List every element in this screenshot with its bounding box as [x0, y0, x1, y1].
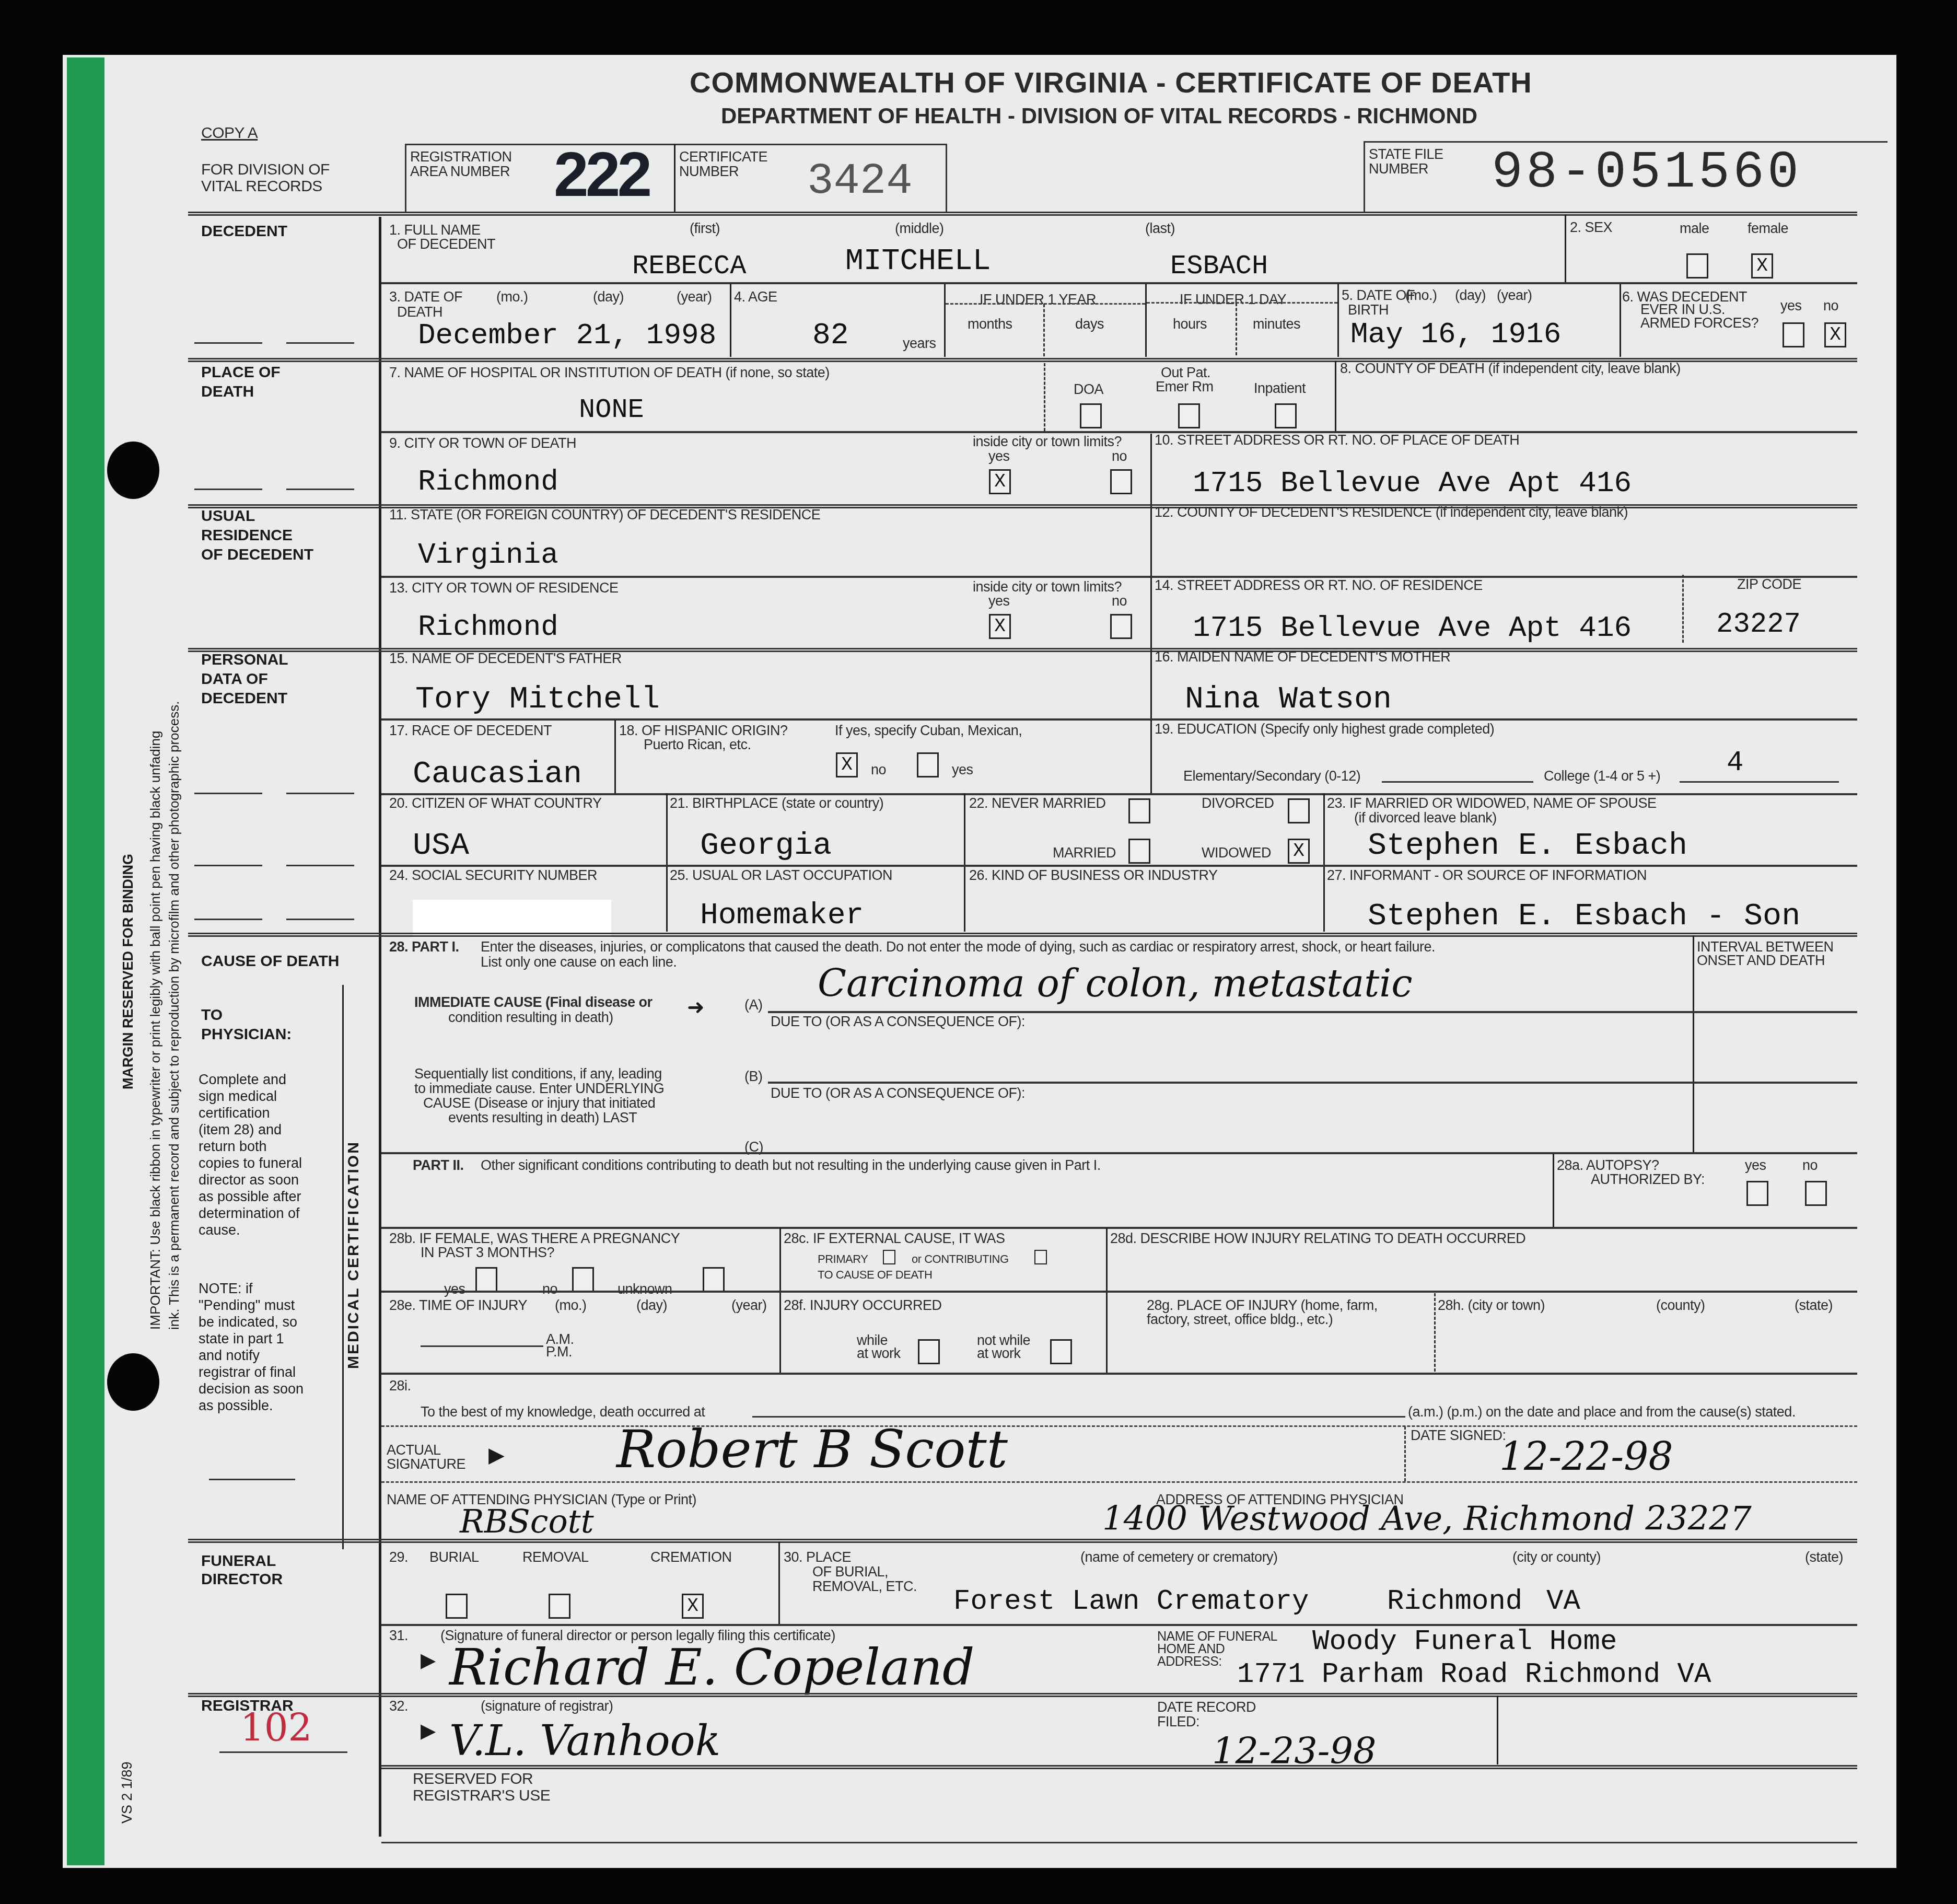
field-30-label2: OF BURIAL,	[812, 1564, 888, 1580]
first-name-label: (first)	[690, 220, 720, 236]
reserved-label2: REGISTRAR'S USE	[413, 1788, 550, 1804]
part1-instructions: Enter the diseases, injuries, or complic…	[481, 939, 1682, 955]
pregnancy-yes-checkbox[interactable]	[475, 1267, 497, 1292]
middle-name-value[interactable]: MITCHELL	[845, 245, 991, 278]
res-inside-no-label: no	[1112, 593, 1127, 609]
copy-for-line1: FOR DIVISION OF	[201, 162, 330, 178]
reserved-label1: RESERVED FOR	[413, 1771, 533, 1787]
field-15-label: 15. NAME OF DECEDENT'S FATHER	[389, 651, 622, 666]
section-usual-residence-3: OF DECEDENT	[201, 545, 313, 564]
field-9-label: 9. CITY OR TOWN OF DEATH	[389, 435, 576, 451]
section-personal-2: DATA OF	[201, 670, 268, 689]
education-college-label: College (1-4 or 5 +)	[1544, 768, 1660, 784]
rule	[188, 212, 1857, 216]
cemetery-city-value[interactable]: Richmond	[1387, 1586, 1522, 1618]
ssn-redaction	[413, 900, 611, 937]
autopsy-yes-checkbox[interactable]	[1746, 1181, 1768, 1206]
armed-no-checkbox[interactable]: X	[1824, 322, 1846, 347]
actual-signature-label1: ACTUAL	[387, 1442, 441, 1458]
rule	[194, 865, 262, 866]
margin-important-line1: IMPORTANT: Use black ribbon in typewrite…	[147, 731, 164, 1330]
middle-name-label: (middle)	[895, 220, 944, 236]
zip-value[interactable]: 23227	[1716, 609, 1801, 641]
registrar-number: 102	[240, 1706, 312, 1750]
divider	[614, 720, 616, 793]
rule	[194, 489, 262, 490]
section-personal-1: PERSONAL	[201, 651, 288, 669]
certificate-number-label2: NUMBER	[679, 164, 739, 179]
signature-pointer-icon: ▶	[421, 1719, 436, 1743]
hispanic-specify-label: If yes, specify Cuban, Mexican,	[835, 723, 1022, 738]
death-year-label: (year)	[677, 289, 712, 305]
cemetery-state-value[interactable]: VA	[1546, 1586, 1580, 1618]
field-20-label: 20. CITIZEN OF WHAT COUNTRY	[389, 795, 602, 811]
divider	[1693, 935, 1694, 1152]
injury-county-label: (county)	[1656, 1297, 1705, 1313]
rule	[946, 303, 1145, 305]
divider	[1434, 1293, 1436, 1372]
divorced-label: DIVORCED	[1202, 795, 1274, 811]
injury-mo-label: (mo.)	[555, 1297, 587, 1313]
residence-address-value[interactable]: 1715 Bellevue Ave Apt 416	[1193, 611, 1632, 645]
injury-state-label: (state)	[1795, 1297, 1833, 1313]
months-label: months	[968, 316, 1012, 332]
divider	[730, 284, 731, 357]
not-while-work-label2: at work	[977, 1345, 1021, 1361]
rule	[381, 1842, 1857, 1843]
field-32-label: 32.	[389, 1698, 408, 1714]
married-checkbox[interactable]	[1128, 839, 1150, 864]
occupation-value[interactable]: Homemaker	[700, 899, 864, 933]
funeral-home-address[interactable]: 1771 Parham Road Richmond VA	[1237, 1659, 1711, 1691]
field-16-label: 16. MAIDEN NAME OF DECEDENT'S MOTHER	[1155, 649, 1450, 665]
cremation-label: CREMATION	[650, 1549, 732, 1565]
city-of-death-value[interactable]: Richmond	[418, 465, 558, 498]
divider	[1043, 304, 1045, 356]
field-12-label: 12. COUNTY OF DECEDENT'S RESIDENCE (if i…	[1155, 504, 1628, 520]
divider	[1553, 1154, 1554, 1227]
never-married-label: 22. NEVER MARRIED	[969, 795, 1106, 811]
sequential-label3: CAUSE (Disease or injury that initiated	[423, 1095, 655, 1111]
external-primary-label: PRIMARY	[818, 1251, 868, 1267]
under-year-label: IF UNDER 1 YEAR	[980, 292, 1096, 307]
death-inside-limits-label: inside city or town limits?	[973, 434, 1122, 449]
age-unit: years	[903, 335, 936, 351]
part1-label: 28. PART I.	[389, 939, 459, 955]
field-1-label2: OF DECEDENT	[397, 236, 495, 252]
field-30-label3: REMOVAL, ETC.	[812, 1578, 917, 1594]
rule	[381, 1291, 1857, 1293]
divider	[1404, 1426, 1406, 1481]
spouse-name-value[interactable]: Stephen E. Esbach	[1368, 828, 1687, 864]
field-14-label: 14. STREET ADDRESS OR RT. NO. OF RESIDEN…	[1155, 577, 1483, 593]
divider	[1337, 284, 1339, 357]
birth-day-label: (day)	[1455, 287, 1486, 303]
widowed-label: WIDOWED	[1202, 845, 1271, 861]
not-while-at-work-checkbox[interactable]	[1050, 1339, 1072, 1364]
field-23-label1: 23. IF MARRIED OR WIDOWED, NAME OF SPOUS…	[1327, 795, 1657, 811]
divider	[778, 1541, 780, 1625]
last-name-value[interactable]: ESBACH	[1170, 251, 1268, 282]
rule	[381, 718, 1857, 721]
rule	[381, 1152, 1857, 1154]
divider	[342, 985, 344, 1549]
hispanic-no-checkbox[interactable]: X	[836, 752, 858, 777]
hours-label: hours	[1173, 316, 1207, 332]
field-10-label: 10. STREET ADDRESS OR RT. NO. OF PLACE O…	[1155, 432, 1519, 448]
field-28g-label1: 28g. PLACE OF INJURY (home, farm,	[1147, 1297, 1378, 1313]
armed-yes-label: yes	[1780, 298, 1802, 314]
removal-label: REMOVAL	[522, 1549, 589, 1565]
copy-for-line2: VITAL RECORDS	[201, 179, 322, 194]
field-21-label: 21. BIRTHPLACE (state or country)	[670, 795, 883, 811]
widowed-checkbox[interactable]: X	[1288, 839, 1310, 864]
pregnancy-unknown-checkbox[interactable]	[703, 1267, 725, 1292]
field-28g-label2: factory, street, office bldg., etc.)	[1147, 1311, 1333, 1327]
birthplace-value[interactable]: Georgia	[700, 828, 832, 864]
field-23-label2: (if divorced leave blank)	[1354, 810, 1497, 826]
res-inside-yes-label: yes	[988, 593, 1010, 609]
rule	[381, 1481, 1857, 1483]
margin-important-line2: ink. This is a permanent record and subj…	[166, 701, 182, 1330]
rule	[381, 1373, 1857, 1375]
section-decedent: DECEDENT	[201, 222, 287, 241]
zip-label: ZIP CODE	[1737, 576, 1801, 592]
divider	[964, 793, 965, 932]
field-28d-label: 28d. DESCRIBE HOW INJURY RELATING TO DEA…	[1110, 1230, 1525, 1246]
divider	[1620, 284, 1621, 357]
divider	[944, 284, 946, 357]
residence-city-value[interactable]: Richmond	[418, 610, 558, 644]
married-label: MARRIED	[1053, 845, 1116, 861]
inpatient-label: Inpatient	[1254, 380, 1306, 396]
sex-female-checkbox[interactable]: X	[1751, 253, 1773, 278]
injury-year-label: (year)	[731, 1297, 767, 1313]
funeral-director-signature[interactable]: Richard E. Copeland	[449, 1638, 975, 1697]
rule	[194, 793, 262, 794]
document-title: COMMONWEALTH OF VIRGINIA - CERTIFICATE O…	[690, 65, 1532, 99]
margin-binding-note: MARGIN RESERVED FOR BINDING	[120, 854, 136, 1089]
rule	[381, 1624, 1857, 1626]
armed-yes-checkbox[interactable]	[1783, 322, 1804, 347]
green-binding-stripe	[67, 57, 104, 1865]
while-work-label2: at work	[857, 1345, 901, 1361]
hispanic-yes-checkbox[interactable]	[917, 752, 939, 777]
hospital-value[interactable]: NONE	[579, 394, 644, 425]
armed-no-label: no	[1823, 298, 1838, 314]
rule	[381, 576, 1857, 578]
section-usual-residence-1: USUAL	[201, 507, 255, 526]
inpatient-checkbox[interactable]	[1275, 403, 1297, 428]
punch-hole-top	[107, 442, 159, 499]
divider	[1150, 577, 1152, 651]
pregnancy-no-label: no	[542, 1281, 557, 1297]
medical-certification-label: MEDICAL CERTIFICATION	[345, 1141, 363, 1369]
age-value[interactable]: 82	[812, 319, 849, 353]
rule	[286, 342, 354, 344]
doa-checkbox[interactable]	[1080, 403, 1102, 428]
outpat-checkbox[interactable]	[1178, 403, 1200, 428]
days-label: days	[1075, 316, 1104, 332]
mother-name-value[interactable]: Nina Watson	[1185, 682, 1392, 717]
citizen-value[interactable]: USA	[413, 828, 469, 864]
section-to-physician-2: PHYSICIAN:	[201, 1025, 292, 1044]
physician-address-value[interactable]: 1400 Westwood Ave, Richmond 23227	[1102, 1500, 1752, 1538]
rule	[1382, 781, 1533, 783]
field-28h-label: 28h. (city or town)	[1438, 1297, 1545, 1313]
residence-state-value[interactable]: Virginia	[418, 538, 558, 572]
divorced-checkbox[interactable]	[1288, 798, 1310, 823]
divider	[1150, 434, 1152, 507]
external-contributing-label: or CONTRIBUTING	[912, 1251, 1009, 1267]
registrar-signature-label: (signature of registrar)	[481, 1698, 613, 1714]
death-mo-label: (mo.)	[496, 289, 528, 305]
registrar-signature[interactable]: V.L. Vanhook	[449, 1716, 720, 1765]
rule	[188, 1693, 1857, 1697]
date-filed-label1: DATE RECORD	[1157, 1699, 1256, 1715]
divider	[666, 793, 668, 932]
immediate-cause-label2: condition resulting in death)	[448, 1009, 613, 1025]
due-to-a-label: DUE TO (OR AS A CONSEQUENCE OF):	[771, 1014, 1025, 1029]
date-filed-label2: FILED:	[1157, 1714, 1199, 1729]
date-signed-value[interactable]: 12-22-98	[1499, 1434, 1673, 1479]
section-cause-of-death: CAUSE OF DEATH	[201, 952, 339, 971]
res-inside-yes-checkbox[interactable]: X	[989, 614, 1011, 639]
field-5-label2: BIRTH	[1348, 302, 1389, 318]
rule	[768, 1011, 1857, 1013]
divider	[674, 144, 675, 212]
rule	[768, 1082, 1857, 1084]
rule	[752, 1416, 1405, 1418]
informant-value[interactable]: Stephen E. Esbach - Son	[1368, 899, 1800, 934]
field-3-label1: 3. DATE OF	[389, 289, 462, 305]
rule	[1147, 302, 1337, 304]
cemetery-state-label: (state)	[1805, 1549, 1843, 1565]
rule	[209, 1479, 295, 1480]
field-29-label: 29.	[389, 1549, 408, 1565]
registration-area-label2: AREA NUMBER	[410, 164, 510, 179]
pregnancy-yes-label: yes	[444, 1281, 465, 1297]
divider	[1145, 284, 1147, 357]
signature-pointer-icon: ▶	[421, 1648, 436, 1672]
rule	[286, 489, 354, 490]
res-inside-no-checkbox[interactable]	[1110, 614, 1132, 639]
burial-checkbox[interactable]	[446, 1594, 468, 1619]
funeral-home-label3: ADDRESS:	[1157, 1654, 1222, 1669]
sequential-label1: Sequentially list conditions, if any, le…	[414, 1066, 662, 1082]
certificate-number: 3424	[807, 157, 913, 206]
due-to-b-label: DUE TO (OR AS A CONSEQUENCE OF):	[771, 1085, 1025, 1101]
death-address-value[interactable]: 1715 Bellevue Ave Apt 416	[1193, 467, 1632, 500]
under-day-label: IF UNDER 1 DAY	[1180, 292, 1286, 307]
state-file-label1: STATE FILE	[1369, 146, 1443, 162]
part2-label: PART II.	[413, 1157, 464, 1173]
cause-a-label: (A)	[744, 997, 763, 1013]
burial-label: BURIAL	[429, 1549, 479, 1565]
never-married-checkbox[interactable]	[1128, 798, 1150, 823]
immediate-cause-label1: IMMEDIATE CAUSE (Final disease or	[414, 994, 653, 1010]
actual-signature-label2: SIGNATURE	[387, 1456, 465, 1472]
divider	[1335, 361, 1336, 431]
registration-area-number: 222	[554, 138, 649, 211]
divider	[1150, 651, 1152, 718]
pregnancy-no-checkbox[interactable]	[572, 1267, 594, 1292]
part1-instructions-2: List only one cause on each line.	[481, 954, 677, 970]
last-name-label: (last)	[1145, 220, 1175, 236]
father-name-value[interactable]: Tory Mitchell	[415, 682, 660, 717]
divider	[1565, 214, 1566, 282]
cause-b-label: (B)	[744, 1069, 763, 1084]
field-28c-label: 28c. IF EXTERNAL CAUSE, IT WAS	[784, 1230, 1005, 1246]
rule	[421, 1345, 543, 1347]
signature-pointer-icon: ▶	[488, 1443, 505, 1467]
rule	[381, 1765, 1857, 1769]
section-personal-3: DECEDENT	[201, 689, 287, 708]
rule	[188, 933, 1857, 937]
date-of-birth-value[interactable]: May 16, 1916	[1350, 318, 1561, 351]
sex-male-checkbox[interactable]	[1686, 253, 1708, 278]
cemetery-name-label: (name of cemetery or crematory)	[1080, 1549, 1278, 1565]
autopsy-no-label: no	[1802, 1157, 1818, 1173]
field-7-label: 7. NAME OF HOSPITAL OR INSTITUTION OF DE…	[389, 365, 830, 380]
race-value[interactable]: Caucasian	[413, 757, 582, 792]
field-18-label1: 18. OF HISPANIC ORIGIN?	[619, 723, 788, 738]
sequential-label2: to immediate cause. Enter UNDERLYING	[414, 1081, 664, 1096]
rule	[381, 282, 1857, 284]
while-at-work-checkbox[interactable]	[918, 1339, 940, 1364]
res-inside-limits-label: inside city or town limits?	[973, 579, 1122, 595]
field-27-label: 27. INFORMANT - OR SOURCE OF INFORMATION	[1327, 867, 1647, 883]
external-contributing-checkbox[interactable]	[1034, 1250, 1047, 1264]
external-to-cause-label: TO CAUSE OF DEATH	[818, 1267, 932, 1283]
birth-year-label: (year)	[1497, 287, 1532, 303]
rule	[188, 1539, 1857, 1543]
cemetery-name-value[interactable]: Forest Lawn Crematory	[953, 1586, 1309, 1618]
physician-signature[interactable]: Robert B Scott	[616, 1419, 1008, 1480]
rule	[194, 342, 262, 344]
divider	[1150, 508, 1152, 576]
divider	[1044, 363, 1045, 431]
education-elem-label: Elementary/Secondary (0-12)	[1183, 768, 1360, 784]
rule	[381, 1227, 1857, 1229]
autopsy-label1: 28a. AUTOPSY?	[1557, 1157, 1659, 1173]
external-primary-checkbox[interactable]	[883, 1250, 895, 1264]
field-11-label: 11. STATE (OR FOREIGN COUNTRY) OF DECEDE…	[389, 507, 820, 523]
field-8-label: 8. COUNTY OF DEATH (if independent city,…	[1340, 361, 1681, 376]
section-usual-residence-2: RESIDENCE	[201, 526, 293, 545]
registration-area-label1: REGISTRATION	[410, 149, 512, 165]
cremation-checkbox[interactable]: X	[682, 1594, 704, 1619]
field-6-label3: ARMED FORCES?	[1640, 315, 1758, 331]
field-28b-label2: IN PAST 3 MONTHS?	[421, 1245, 554, 1260]
rule	[194, 919, 262, 920]
arrow-right-icon: ➜	[687, 995, 705, 1019]
stated-statement: (a.m.) (p.m.) on the date and place and …	[1408, 1404, 1796, 1420]
sex-male-label: male	[1680, 220, 1709, 236]
field-19-label: 19. EDUCATION (Specify only highest grad…	[1155, 721, 1494, 737]
hispanic-yes-label: yes	[952, 762, 973, 777]
section-funeral-director-2: DIRECTOR	[201, 1570, 283, 1589]
divider	[1323, 793, 1325, 932]
death-inside-no-checkbox[interactable]	[1110, 469, 1132, 494]
cause-a-value[interactable]: Carcinoma of colon, metastatic	[818, 961, 1413, 1005]
knowledge-statement: To the best of my knowledge, death occur…	[421, 1404, 705, 1420]
document-subtitle: DEPARTMENT OF HEALTH - DIVISION OF VITAL…	[721, 103, 1477, 129]
field-17-label: 17. RACE OF DECEDENT	[389, 723, 552, 738]
rule	[381, 431, 1857, 433]
death-inside-yes-checkbox[interactable]: X	[989, 469, 1011, 494]
autopsy-no-checkbox[interactable]	[1805, 1181, 1827, 1206]
divider	[1106, 1228, 1108, 1374]
part2-instructions: Other significant conditions contributin…	[481, 1157, 1101, 1173]
sequential-label4: events resulting in death) LAST	[448, 1110, 637, 1125]
field-30-label1: 30. PLACE	[784, 1549, 851, 1565]
form-code: VS 2 1/89	[119, 1761, 135, 1824]
divider	[1236, 303, 1237, 355]
rule	[219, 1751, 347, 1753]
field-4-label: 4. AGE	[734, 289, 777, 305]
hispanic-no-label: no	[871, 762, 886, 777]
injury-pm-label: P.M.	[546, 1344, 572, 1360]
date-signed-label: DATE SIGNED:	[1411, 1427, 1506, 1443]
rule	[286, 865, 354, 866]
field-1-label1: 1. FULL NAME	[389, 222, 481, 238]
field-28e-label: 28e. TIME OF INJURY	[389, 1297, 527, 1313]
minutes-label: minutes	[1253, 316, 1300, 332]
removal-checkbox[interactable]	[549, 1594, 570, 1619]
field-26-label: 26. KIND OF BUSINESS OR INDUSTRY	[969, 867, 1218, 883]
field-18-label2: Puerto Rican, etc.	[644, 737, 751, 752]
section-funeral-director-1: FUNERAL	[201, 1552, 276, 1571]
field-31-label: 31.	[389, 1628, 408, 1643]
divider	[1150, 720, 1152, 793]
field-2-label: 2. SEX	[1570, 219, 1612, 235]
rule	[1680, 781, 1839, 783]
injury-day-label: (day)	[636, 1297, 667, 1313]
divider	[779, 1228, 781, 1374]
punch-hole-bottom	[107, 1353, 159, 1411]
pregnancy-unknown-label: unknown	[618, 1281, 672, 1297]
rule	[381, 1425, 1857, 1427]
funeral-home-name[interactable]: Woody Funeral Home	[1312, 1626, 1617, 1658]
death-inside-no-label: no	[1112, 448, 1127, 464]
certificate-number-label1: CERTIFICATE	[679, 149, 767, 165]
date-of-death-value[interactable]: December 21, 1998	[418, 319, 716, 352]
rule	[286, 793, 354, 794]
autopsy-yes-label: yes	[1745, 1157, 1766, 1173]
copy-label: COPY A	[201, 125, 258, 141]
divider	[1682, 575, 1684, 643]
first-name-value[interactable]: REBECCA	[632, 251, 746, 282]
death-inside-yes-label: yes	[988, 448, 1010, 464]
physician-note: Complete andsign medicalcertification(it…	[199, 1071, 319, 1238]
section-place-of-death-1: PLACE OF	[201, 363, 281, 382]
autopsy-label2: AUTHORIZED BY:	[1591, 1171, 1705, 1187]
death-day-label: (day)	[593, 289, 624, 305]
rule	[381, 865, 1857, 867]
section-divider	[379, 217, 381, 1837]
education-college-value[interactable]: 4	[1727, 747, 1743, 779]
field-24-label: 24. SOCIAL SECURITY NUMBER	[389, 867, 597, 883]
doa-label: DOA	[1074, 381, 1103, 397]
physician-name-value[interactable]: RBScott	[460, 1502, 594, 1540]
interval-label2: ONSET AND DEATH	[1697, 953, 1825, 968]
field-28i-label: 28i.	[389, 1378, 411, 1394]
birth-mo-label: (mo.)	[1405, 287, 1437, 303]
cemetery-city-label: (city or county)	[1512, 1549, 1601, 1565]
sex-female-label: female	[1748, 220, 1788, 236]
section-to-physician-1: TO	[201, 1006, 223, 1025]
